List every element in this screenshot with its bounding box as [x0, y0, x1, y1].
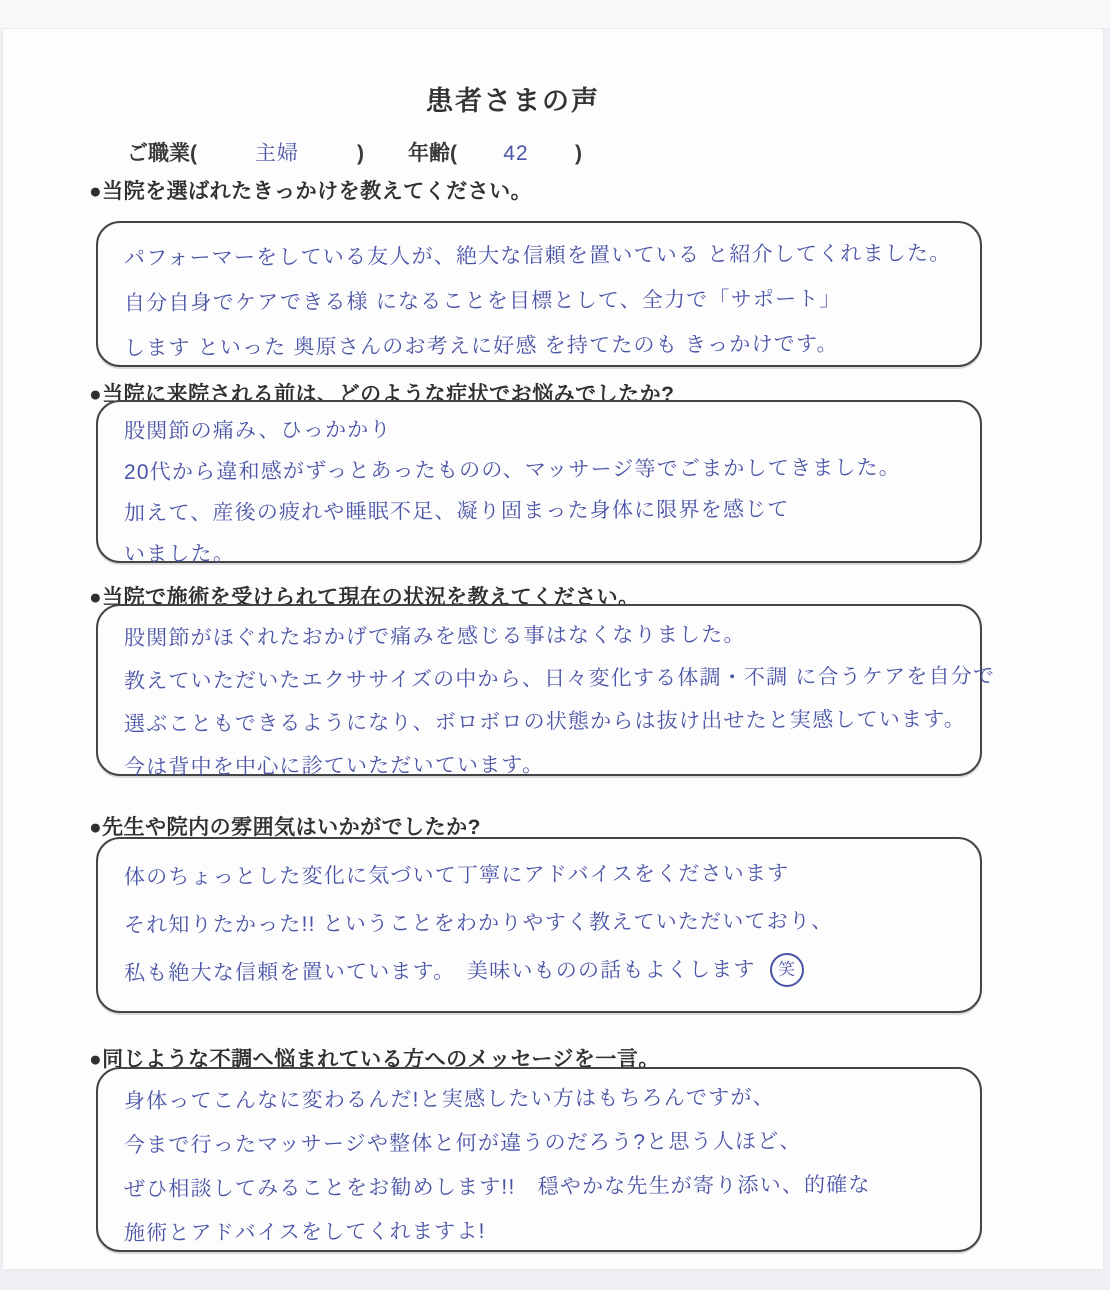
- handwritten-line: それ知りたかった!! ということをわかりやすく教えていただいており、: [124, 897, 954, 950]
- handwritten-line: 体のちょっとした変化に気づいて丁寧にアドバイスをくださいます: [124, 849, 954, 902]
- occupation-label: ご職業(: [127, 142, 197, 165]
- age-value: 42: [457, 142, 575, 167]
- handwritten-line: パフォーマーをしている友人が、絶大な信頼を置いている と紹介してくれました。: [124, 231, 954, 281]
- response-box-symptoms-before-visit: 股関節の痛み、ひっかかり 20代から違和感がずっとあったものの、マッサージ等でご…: [96, 400, 982, 563]
- section-heading-reason-for-choosing: ●当院を選ばれたきっかけを教えてください。: [89, 175, 532, 205]
- handwritten-line: 選ぶこともできるようになり、ボロボロの状態からは抜け出せたと実感しています。: [124, 698, 954, 746]
- occupation-value: 主婦: [197, 137, 357, 168]
- handwritten-line: 私も絶大な信頼を置いています。 美味いものの話もよくします笑: [124, 945, 954, 998]
- handwritten-line: 今は背中を中心に診ていただいています。: [124, 741, 954, 789]
- age-label: 年齢(: [408, 142, 457, 165]
- scanned-form: 患者さまの声 ご職業(主婦)年齢(42) ●当院を選ばれたきっかけを教えてくださ…: [0, 0, 1110, 1290]
- handwritten-line: ぜひ相談してみることをお勧めします!! 穏やかな先生が寄り添い、的確な: [124, 1163, 954, 1212]
- handwritten-text: 私も絶大な信頼を置いています。 美味いものの話もよくします: [124, 958, 756, 985]
- occupation-close-paren: ): [357, 142, 364, 165]
- handwritten-line: します といった 奥原さんのお考えに好感 を持てたのも きっかけです。: [124, 321, 954, 371]
- age-close-paren: ): [575, 142, 582, 165]
- handwritten-line: 今まで行ったマッサージや整体と何が違うのだろう?と思う人ほど、: [124, 1119, 954, 1168]
- patient-info-row: ご職業(主婦)年齢(42): [127, 137, 582, 167]
- scan-top-margin: [0, 0, 1110, 28]
- response-box-clinic-atmosphere: 体のちょっとした変化に気づいて丁寧にアドバイスをくださいます それ知りたかった!…: [96, 837, 982, 1013]
- handwritten-line: 施術とアドバイスをしてくれますよ!: [124, 1207, 954, 1256]
- handwritten-line: 自分自身でケアできる様 になることを目標として、全力で「サポート」: [124, 276, 954, 326]
- handwritten-line: 20代から違和感がずっとあったものの、マッサージ等でごまかしてきました。: [124, 447, 954, 493]
- circled-laugh-mark: 笑: [770, 953, 804, 987]
- handwritten-line: 股関節の痛み、ひっかかり: [124, 406, 954, 452]
- handwritten-line: 教えていただいたエクササイズの中から、日々変化する体調・不調 に合うケアを自分で: [124, 655, 954, 703]
- handwritten-line: 身体ってこんなに変わるんだ!と実感したい方はもちろんですが、: [124, 1075, 954, 1124]
- handwritten-line: 股関節がほぐれたおかげで痛みを感じる事はなくなりました。: [124, 612, 954, 660]
- response-box-message-to-others: 身体ってこんなに変わるんだ!と実感したい方はもちろんですが、 今まで行ったマッサ…: [96, 1067, 982, 1252]
- handwritten-line: 加えて、産後の疲れや睡眠不足、凝り固まった身体に限界を感じて: [124, 488, 954, 534]
- response-box-reason-for-choosing: パフォーマーをしている友人が、絶大な信頼を置いている と紹介してくれました。 自…: [96, 221, 982, 367]
- form-page: 患者さまの声 ご職業(主婦)年齢(42) ●当院を選ばれたきっかけを教えてくださ…: [2, 28, 1104, 1270]
- handwritten-line: いました。: [124, 529, 954, 575]
- response-box-current-condition: 股関節がほぐれたおかげで痛みを感じる事はなくなりました。 教えていただいたエクサ…: [96, 604, 982, 776]
- page-title: 患者さまの声: [3, 79, 1023, 118]
